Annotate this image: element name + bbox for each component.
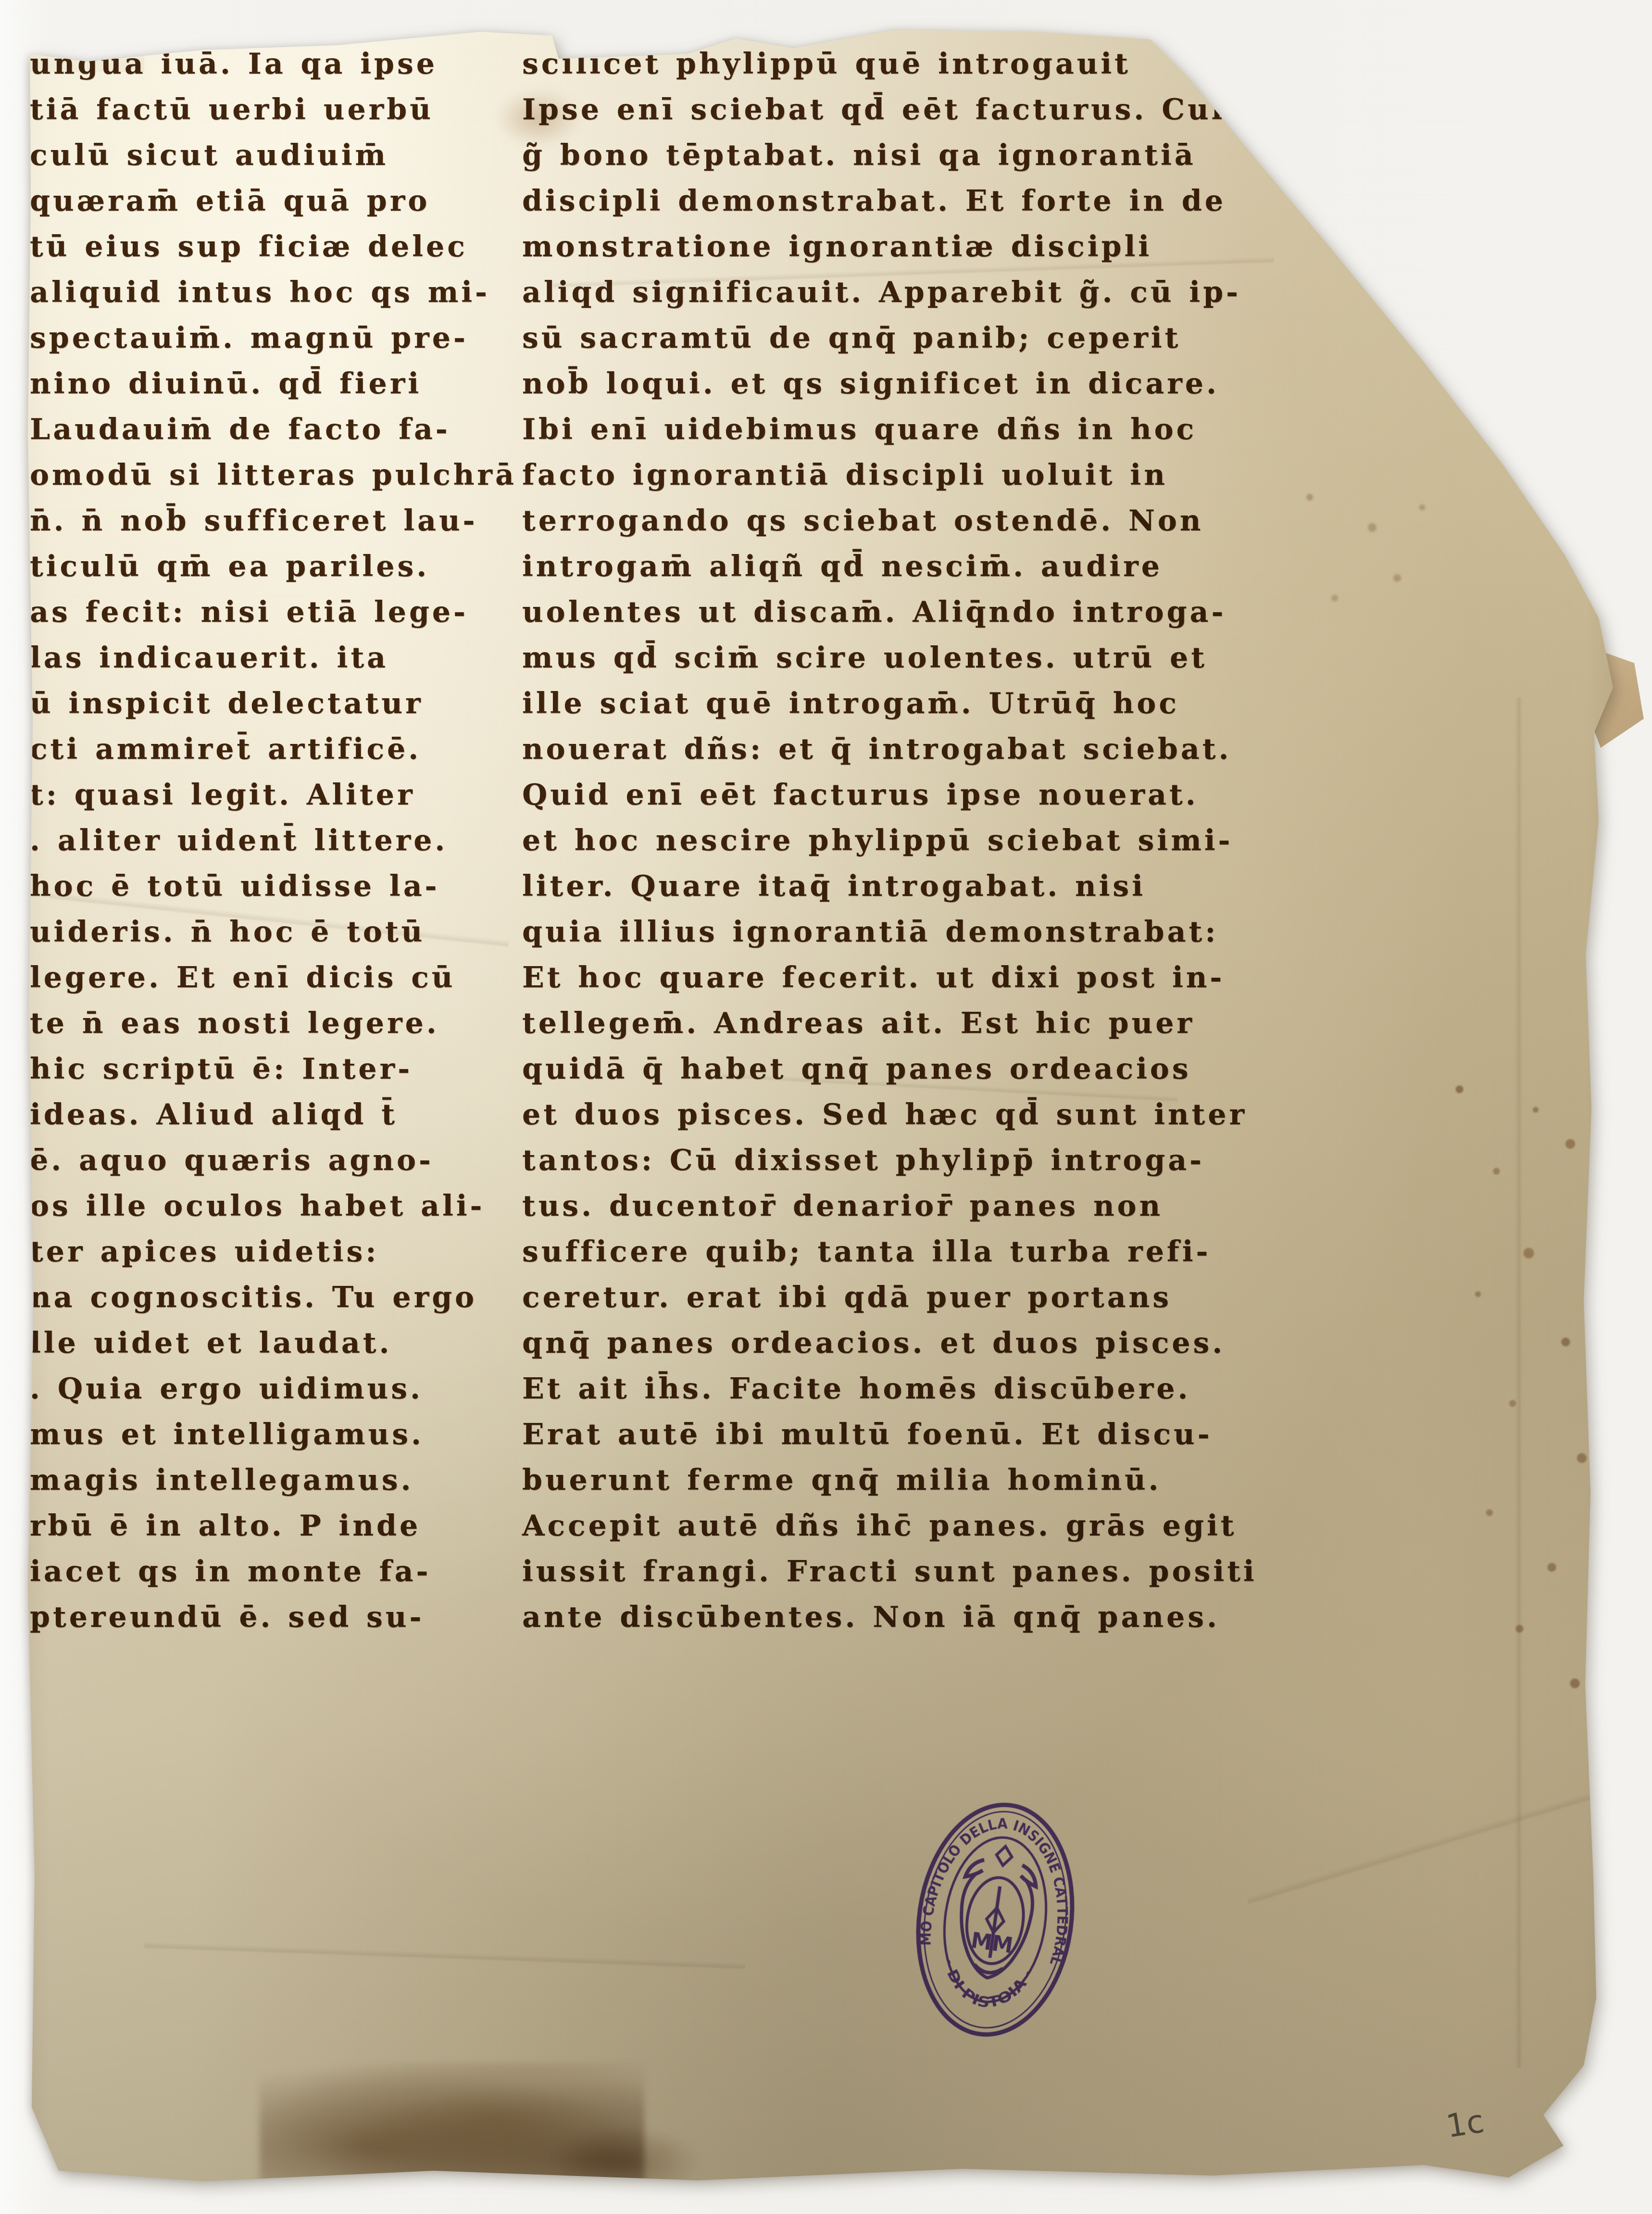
text-line: scilicet phylippū quē introgauit <box>522 41 1257 87</box>
text-line: ceretur. erat ibi qdā puer portans <box>522 1275 1257 1321</box>
text-line: Laudauim̄ de facto fa- <box>30 407 517 453</box>
text-line: ungua iuā. Ia qa ipse <box>30 41 517 87</box>
text-line: Et ait ih̄s. Facite homēs discūbere. <box>522 1366 1257 1412</box>
text-column-right: scilicet phylippū quē introgauitIpse enī… <box>522 41 1257 1640</box>
text-line: Ibi enī uidebimus quare dñs in hoc <box>522 407 1257 453</box>
text-line: aliqd significauit. Apparebit g̃. cū ip- <box>522 270 1257 315</box>
text-line: aliquid intus hoc qs mi- <box>30 270 517 315</box>
text-line: nouerat dñs: et q̄ introgabat sciebat. <box>522 727 1257 772</box>
text-line: facto ignorantiā discipli uoluit in <box>522 453 1257 498</box>
text-line: culū sicut audiuim̄ <box>30 133 517 178</box>
text-line: ille sciat quē introgam̄. Utrūq̄ hoc <box>522 681 1257 727</box>
crease <box>1247 1787 1610 1911</box>
text-line: las indicauerit. ita <box>30 635 517 681</box>
text-line: hic scriptū ē: Inter- <box>30 1046 517 1092</box>
text-line: tellegem̄. Andreas ait. Est hic puer <box>522 1001 1257 1046</box>
text-line: qnq̄ panes ordeacios. et duos pisces. <box>522 1321 1257 1366</box>
text-line: introgam̄ aliqñ qd̄ nescim̄. audire <box>522 544 1257 590</box>
text-line: sū sacramtū de qnq̄ panib; ceperit <box>522 315 1257 361</box>
text-line: uolentes ut discam̄. Aliq̄ndo introga- <box>522 590 1257 635</box>
stain-speckles-right <box>1409 1048 1639 1731</box>
text-line: ū inspicit delectatur <box>30 681 517 727</box>
text-line: g̃ bono tēptabat. nisi qa ignorantiā <box>522 133 1257 178</box>
text-line: iussit frangi. Fracti sunt panes. positi <box>522 1549 1257 1595</box>
text-line: Et hoc quare fecerit. ut dixi post in- <box>522 955 1257 1001</box>
text-line: tiā factū uerbi uerbū <box>30 87 517 133</box>
text-line: na cognoscitis. Tu ergo <box>30 1275 517 1321</box>
stain-bottom-left <box>260 2063 644 2198</box>
text-line: ante discūbentes. Non iā qnq̄ panes. <box>522 1595 1257 1640</box>
text-line: n̄. n̄ nob̄ sufficeret lau- <box>30 498 517 544</box>
text-line: tus. ducentor̄ denarior̄ panes non <box>522 1183 1257 1229</box>
text-line: sufficere quib; tanta illa turba refi- <box>522 1229 1257 1275</box>
text-line: Erat autē ibi multū foenū. Et discu- <box>522 1412 1257 1458</box>
text-line: ticulū qm̄ ea pariles. <box>30 544 517 590</box>
text-line: mus et intelligamus. <box>30 1412 517 1458</box>
text-line: Quid enī eēt facturus ipse nouerat. <box>522 772 1257 818</box>
text-line: as fecit: nisi etiā lege- <box>30 590 517 635</box>
text-line: et duos pisces. Sed hæc qd̄ sunt inter <box>522 1092 1257 1138</box>
text-line: magis intellegamus. <box>30 1458 517 1503</box>
text-line: quæram̄ etiā quā pro <box>30 178 517 224</box>
text-line: liter. Quare itaq̄ introgabat. nisi <box>522 864 1257 909</box>
text-line: tū eius sup ficiæ delec <box>30 224 517 270</box>
crease <box>144 1942 745 1975</box>
text-line: spectauim̄. magnū pre- <box>30 315 517 361</box>
text-line: rbū ē in alto. P inde <box>30 1503 517 1549</box>
text-line: omodū si litteras pulchrā <box>30 453 517 498</box>
parchment-leaf: ungua iuā. Ia qa ipsetiā factū uerbi uer… <box>0 0 1652 2214</box>
text-line: iacet qs in monte fa- <box>30 1549 517 1595</box>
text-line: t: quasi legit. Aliter <box>30 772 517 818</box>
text-line: . Quia ergo uidimus. <box>30 1366 517 1412</box>
text-line: ptereundū ē. sed su- <box>30 1595 517 1640</box>
pencil-shelfmark: 1c <box>1443 2102 1486 2145</box>
text-line: tantos: Cū dixisset phylipp̄ introga- <box>522 1138 1257 1183</box>
library-stamp: RMO CAPITOLO DELLA INSIGNE CATTEDRALE · … <box>898 1789 1093 2050</box>
text-line: Accepit autē dñs ihc̄ panes. grās egit <box>522 1503 1257 1549</box>
stain-bottom-center <box>548 2126 702 2193</box>
text-column-left: ungua iuā. Ia qa ipsetiā factū uerbi uer… <box>30 41 517 1640</box>
text-line: . aliter uident̄ littere. <box>30 818 517 864</box>
text-line: ideas. Aliud aliqd t̄ <box>30 1092 517 1138</box>
text-line: terrogando qs sciebat ostendē. Non <box>522 498 1257 544</box>
text-line: nino diuinū. qd̄ fieri <box>30 361 517 407</box>
text-line: uideris. n̄ hoc ē totū <box>30 909 517 955</box>
text-line: nob̄ loqui. et qs significet in dicare. <box>522 361 1257 407</box>
stain-freckles-top-right <box>1260 457 1510 659</box>
text-line: hoc ē totū uidisse la- <box>30 864 517 909</box>
text-line: mus qd̄ scim̄ scire uolentes. utrū et <box>522 635 1257 681</box>
text-line: te n̄ eas nosti legere. <box>30 1001 517 1046</box>
text-line: legere. Et enī dicis cū <box>30 955 517 1001</box>
text-line: discipli demonstrabat. Et forte in de <box>522 178 1257 224</box>
text-line: buerunt ferme qnq̄ milia hominū. <box>522 1458 1257 1503</box>
text-line: Ipse enī sciebat qd̄ eēt facturus. Cui <box>522 87 1257 133</box>
text-line: ter apices uidetis: <box>30 1229 517 1275</box>
text-line: cti ammiret̄ artificē. <box>30 727 517 772</box>
text-line: ē. aquo quæris agno- <box>30 1138 517 1183</box>
text-line: quia illius ignorantiā demonstrabat: <box>522 909 1257 955</box>
text-line: lle uidet et laudat. <box>30 1321 517 1366</box>
text-line: quidā q̄ habet qnq̄ panes ordeacios <box>522 1046 1257 1092</box>
text-line: monstratione ignorantiæ discipli <box>522 224 1257 270</box>
text-line: et hoc nescire phylippū sciebat simi- <box>522 818 1257 864</box>
text-line: os ille oculos habet ali- <box>30 1183 517 1229</box>
manuscript-leaf-wrap: ungua iuā. Ia qa ipsetiā factū uerbi uer… <box>0 0 1652 2214</box>
crease <box>1514 697 1527 2068</box>
